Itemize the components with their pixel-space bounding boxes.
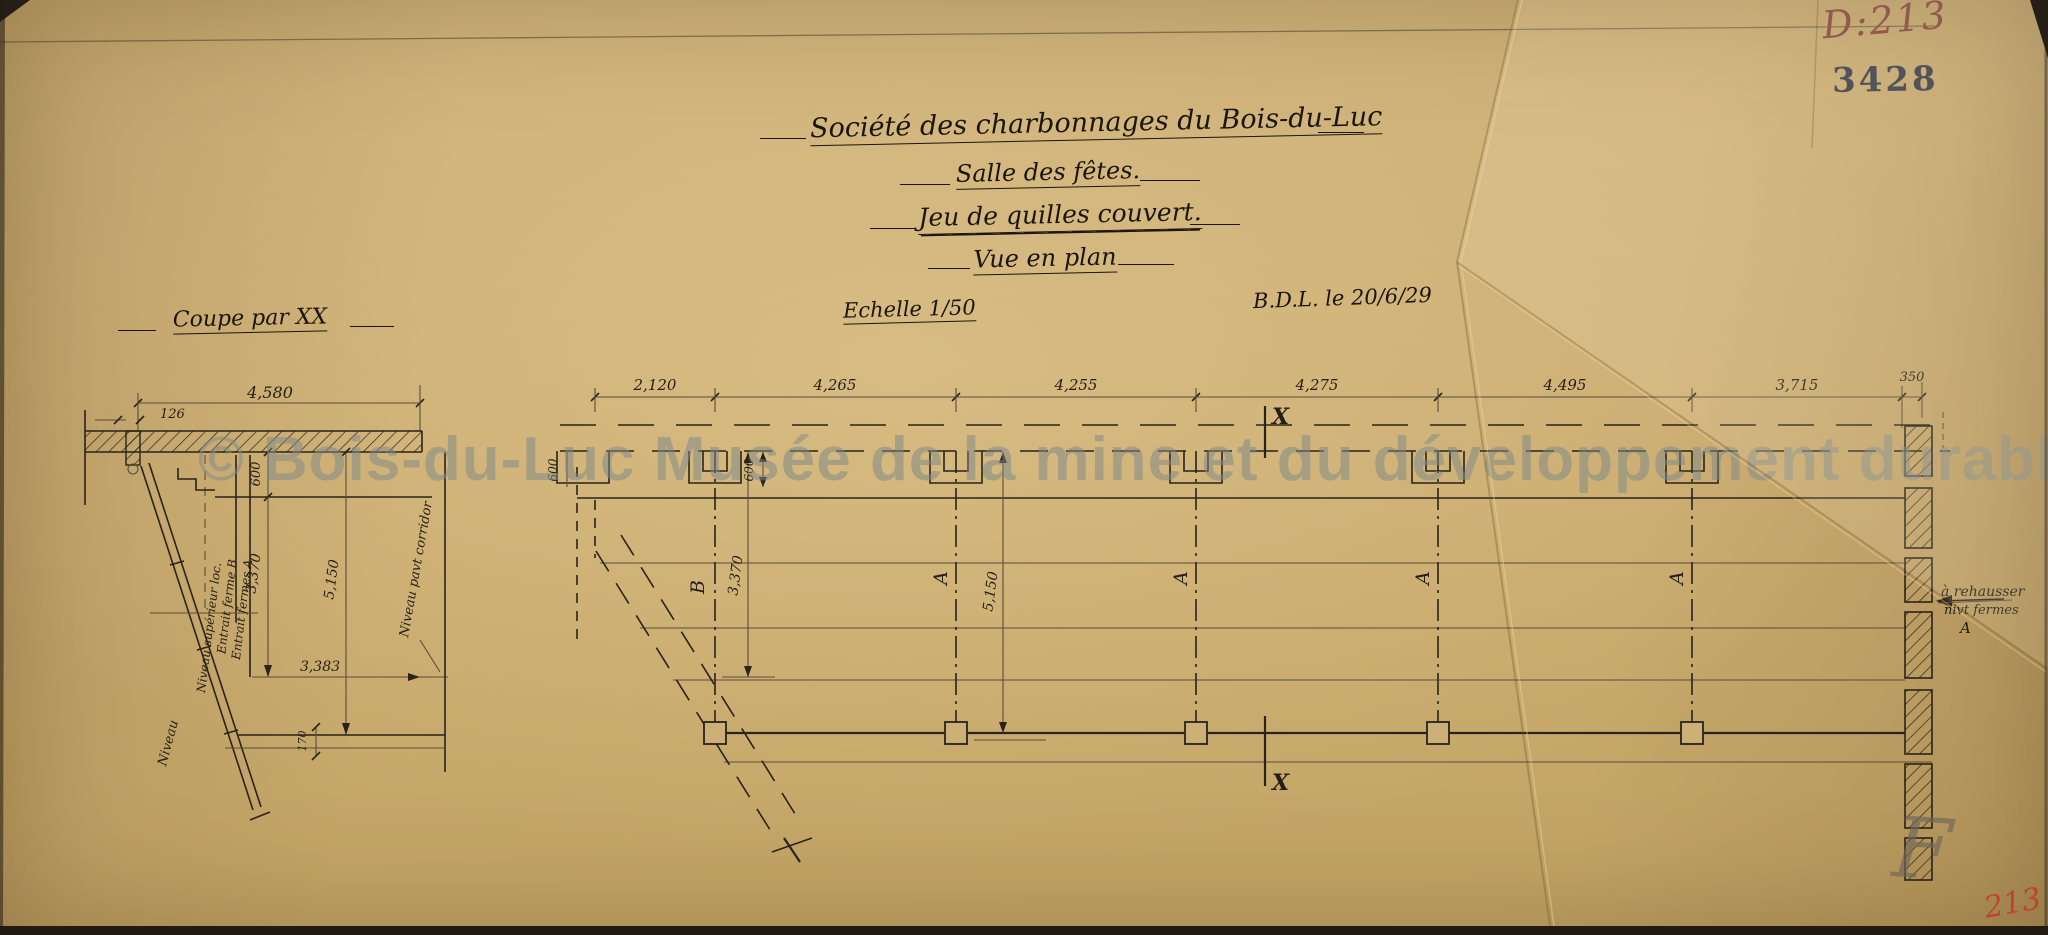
title-dash: [1118, 264, 1174, 265]
scale-label: Echelle 1/50: [843, 295, 976, 322]
section-dim-post: 126: [160, 407, 185, 422]
title-line4-text: Vue en plan: [973, 243, 1117, 276]
section-dim-hall: 5,150: [321, 558, 342, 600]
section-dim-step: 170: [296, 731, 309, 752]
title-line3-text: Jeu de quilles couvert.: [918, 197, 1202, 235]
section-marker-bottom: X: [1270, 770, 1290, 796]
plan-bay-dim: 4,275: [1295, 376, 1339, 394]
pencil-mark: F: [1890, 798, 1955, 900]
title-dash: [1318, 132, 1364, 133]
plan-truss-label: A: [1412, 571, 1434, 587]
plan-bay-dim: 4,265: [813, 376, 857, 394]
plan-note-line1: à rehausser: [1941, 584, 2026, 600]
section-dim-width: 4,580: [246, 383, 293, 402]
title-dash: [1190, 224, 1240, 225]
title-line4: Vue en plan: [905, 241, 1186, 275]
title-dash: [1140, 180, 1200, 181]
title-dash: [350, 326, 394, 327]
section-label-corridor: Niveau pavt corridor: [397, 500, 436, 640]
plan-note-line3: A: [1958, 619, 1971, 637]
plan-bay-dim: 350: [1900, 370, 1925, 385]
section-dim-base: 3,383: [300, 659, 340, 675]
plan-bay-dim: 3,715: [1776, 376, 1819, 394]
title-dash: [760, 138, 806, 139]
plan-note-line2: nivt fermes: [1944, 603, 2019, 618]
section-label-niveau: Niveau: [155, 719, 182, 769]
title-dash: [900, 184, 950, 185]
scanned-drawing-sheet: 4,580 126 600 3,370 5,150 3,383 170 Nive…: [0, 0, 2048, 935]
plan-truss-label: A: [930, 571, 952, 587]
plan-bay-dim: 4,495: [1543, 376, 1587, 394]
title-dash: [118, 330, 156, 331]
section-title-text: Coupe par XX: [173, 304, 328, 334]
plan-bay-dim: 4,255: [1054, 376, 1098, 394]
paper-scratch-line: [0, 26, 1935, 42]
stamp-number: 3428: [1832, 59, 1939, 101]
title-dash: [928, 268, 970, 269]
museum-watermark: © Bois-du-Luc Musée de la mine et du dév…: [198, 424, 1958, 495]
plan-truss-label: A: [1666, 571, 1688, 587]
title-line3: Jeu de quilles couvert.: [910, 197, 1211, 232]
plan-truss-label: B: [687, 580, 709, 595]
title-line2-text: Salle des fêtes.: [956, 156, 1141, 190]
plan-bay-dim: 2,120: [633, 376, 677, 394]
plan-width-dim-b: 3,370: [725, 554, 746, 596]
sheet-bottom-edge: [0, 926, 2048, 935]
title-dash: [870, 228, 916, 229]
plan-width-dim-a: 5,150: [980, 570, 1001, 612]
plan-truss-label: A: [1170, 571, 1192, 587]
